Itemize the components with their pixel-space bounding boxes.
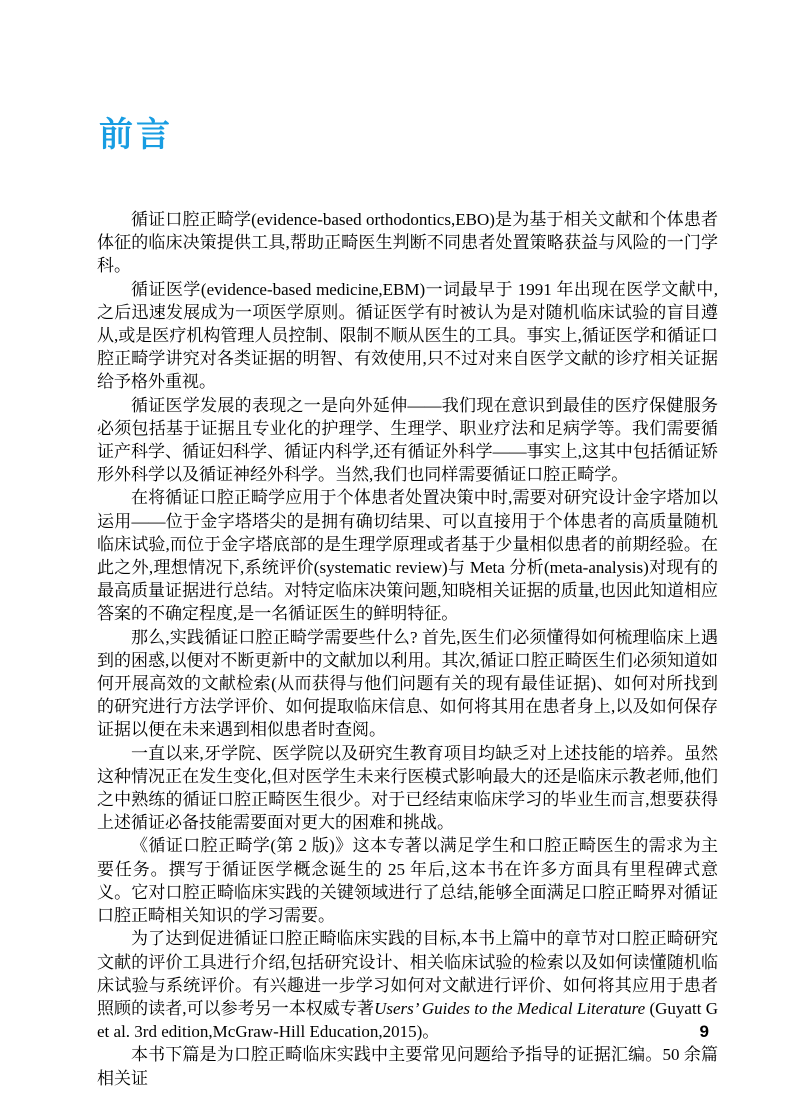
text-segment: 那么,实践循证口腔正畸学需要些什么? 首先,医生们必须懂得如何梳理临床上遇到的困… (97, 628, 718, 740)
paragraph: 一直以来,牙学院、医学院以及研究生教育项目均缺乏对上述技能的培养。虽然这种情况正… (97, 742, 718, 835)
page-title: 前言 (99, 115, 173, 155)
paragraph: 在将循证口腔正畸学应用于个体患者处置决策中时,需要对研究设计金字塔加以运用——位… (97, 486, 718, 625)
paragraph: 为了达到促进循证口腔正畸临床实践的目标,本书上篇中的章节对口腔正畸研究文献的评价… (97, 927, 718, 1043)
text-segment: 一直以来,牙学院、医学院以及研究生教育项目均缺乏对上述技能的培养。虽然这种情况正… (97, 744, 718, 833)
paragraph: 那么,实践循证口腔正畸学需要些什么? 首先,医生们必须懂得如何梳理临床上遇到的困… (97, 626, 718, 742)
text-segment: 循证医学(evidence-based medicine,EBM)一词最早于 1… (97, 280, 718, 392)
paragraph: 本书下篇是为口腔正畸临床实践中主要常见问题给予指导的证据汇编。50 余篇相关证 (97, 1043, 718, 1089)
paragraph: 循证医学发展的表现之一是向外延伸——我们现在意识到最佳的医疗保健服务必须包括基于… (97, 394, 718, 487)
preface-page: 前言 循证口腔正畸学(evidence-based orthodontics,E… (0, 0, 800, 1097)
italic-book-title: Users’ Guides to the Medical Literature (374, 999, 645, 1018)
text-segment: 《循证口腔正畸学(第 2 版)》这本专著以满足学生和口腔正畸医生的需求为主要任务… (97, 836, 718, 925)
page-number: 9 (700, 1022, 709, 1042)
paragraph: 循证口腔正畸学(evidence-based orthodontics,EBO)… (97, 208, 718, 278)
paragraph: 循证医学(evidence-based medicine,EBM)一词最早于 1… (97, 278, 718, 394)
text-segment: 在将循证口腔正畸学应用于个体患者处置决策中时,需要对研究设计金字塔加以运用——位… (97, 488, 718, 623)
paragraph: 《循证口腔正畸学(第 2 版)》这本专著以满足学生和口腔正畸医生的需求为主要任务… (97, 834, 718, 927)
text-segment: 循证医学发展的表现之一是向外延伸——我们现在意识到最佳的医疗保健服务必须包括基于… (97, 396, 718, 485)
text-segment: 循证口腔正畸学(evidence-based orthodontics,EBO)… (97, 210, 718, 275)
preface-body: 循证口腔正畸学(evidence-based orthodontics,EBO)… (97, 208, 718, 1090)
text-segment: 本书下篇是为口腔正畸临床实践中主要常见问题给予指导的证据汇编。50 余篇相关证 (97, 1045, 718, 1087)
